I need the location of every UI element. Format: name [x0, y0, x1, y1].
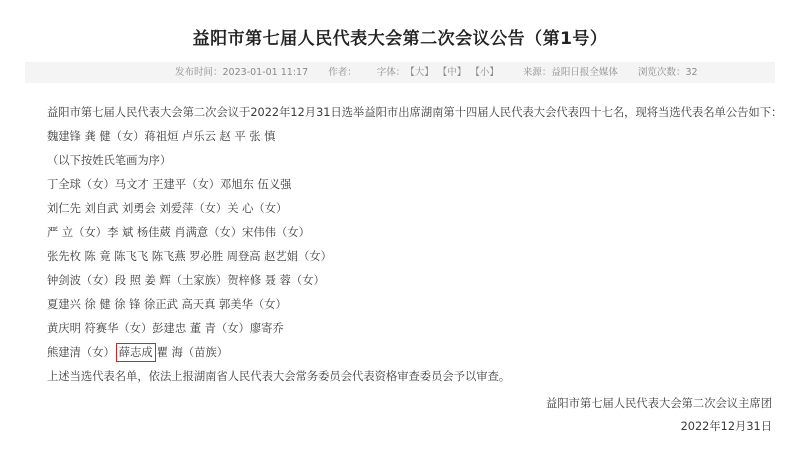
highlighted-name: 薛志成: [116, 343, 156, 362]
name-list-line: 黄庆明 符赛华（女）彭建忠 董 青（女）廖寄乔: [47, 317, 767, 341]
name-list-line: 严 立（女）李 斌 杨佳葳 肖满意（女）宋伟伟（女）: [47, 221, 767, 245]
publish-time: 2023-01-01 11:17: [223, 62, 309, 83]
font-size-small-button[interactable]: 【小】: [470, 62, 499, 83]
font-size-medium-button[interactable]: 【中】: [438, 62, 467, 83]
names-before-highlight: 熊建清（女）: [47, 346, 115, 359]
meta-content: 发布时间：2023-01-01 11:17 作者： 字体：【大】【中】【小】 来…: [175, 62, 698, 83]
name-list-line: 张先枚 陈 竟 陈飞飞 陈飞燕 罗必胜 周登高 赵艺娟（女）: [47, 245, 767, 269]
name-list-line: 丁全球（女）马文才 王建平（女）邓旭东 伍义强: [47, 173, 767, 197]
author-label: 作者：: [328, 62, 357, 83]
signature-date: 2022年12月31日: [681, 418, 772, 434]
name-list-line: 魏建锋 龚 健（女）蒋祖烜 卢乐云 赵 平 张 慎: [47, 125, 767, 149]
intro-paragraph: 益阳市第七届人民代表大会第二次会议于2022年12月31日选举益阳市出席湖南第十…: [47, 101, 767, 125]
closing-paragraph: 上述当选代表名单，依法上报湖南省人民代表大会常务委员会代表资格审查委员会予以审查…: [47, 365, 767, 389]
signature-organization: 益阳市第七届人民代表大会第二次会议主席团: [546, 395, 772, 411]
font-size-large-button[interactable]: 【大】: [405, 62, 434, 83]
name-list-line-last: 熊建清（女）薛志成瞿 海（苗族）: [47, 341, 767, 365]
publish-time-label: 发布时间：: [175, 62, 223, 83]
article-meta-bar: 发布时间：2023-01-01 11:17 作者： 字体：【大】【中】【小】 来…: [25, 62, 775, 83]
article-title: 益阳市第七届人民代表大会第二次会议公告（第1号）: [0, 24, 800, 49]
font-size-label: 字体：: [377, 62, 406, 83]
views-count: 32: [686, 62, 698, 83]
names-after-highlight: 瞿 海（苗族）: [157, 346, 228, 359]
views-label: 浏览次数：: [638, 62, 686, 83]
name-list-line: 刘仁先 刘自武 刘勇会 刘爱萍（女）关 心（女）: [47, 197, 767, 221]
source-value: 益阳日报全媒体: [551, 62, 618, 83]
source-label: 来源：: [523, 62, 552, 83]
name-list-line: 夏建兴 徐 健 徐 锋 徐正武 高天真 郭美华（女）: [47, 293, 767, 317]
name-list-line: 钟剑波（女）段 照 姜 辉（土家族）贺梓修 聂 蓉（女）: [47, 269, 767, 293]
article-body: 益阳市第七届人民代表大会第二次会议于2022年12月31日选举益阳市出席湖南第十…: [47, 101, 767, 389]
sort-note: （以下按姓氏笔画为序）: [47, 149, 767, 173]
